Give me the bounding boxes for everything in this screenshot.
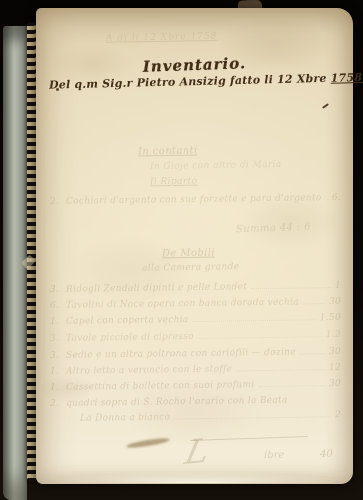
item-text: Altro letto a veroncio con le stoffe [66, 364, 232, 376]
item-number: 3. [50, 285, 66, 295]
faded-mobili-subheading: alla Camera grande [142, 262, 240, 274]
faded-jewels-line: In Gioje con altro di Maria [150, 160, 282, 172]
item-text: Tavole picciole di cipresso [66, 332, 194, 344]
inventory-row: 2. quadri sopra di S. Rocho l'orario con… [50, 395, 341, 409]
item-number: 1. [50, 317, 66, 327]
binding-stitches [27, 22, 36, 482]
bleedthrough-header: A di li 12 Xbre 1758 [106, 30, 316, 44]
dot-leader [326, 199, 328, 200]
inventory-row: 3. Sedie e un altra poltrona con cariofi… [50, 347, 341, 361]
item-text: La Donna a bianco [80, 413, 170, 424]
dot-leader [174, 416, 331, 419]
item-text: Cochiari d'argento con sue forzette e pa… [66, 193, 322, 207]
inventory-row: 1. Cassettina di bollette con suoi profu… [50, 379, 341, 393]
faded-mobili-heading: De Mobili [162, 248, 215, 260]
faded-cash-heading: In contanti [138, 145, 198, 157]
item-value: 2 [335, 410, 341, 420]
dot-leader [303, 303, 325, 304]
subtitle-year: 1758. [331, 71, 363, 85]
item-text: Sedie e un altra poltrona con cariofili … [66, 348, 296, 361]
inventory-row: 3. Tavole picciole di cipresso 1.2 [50, 330, 341, 344]
item-text: Capel con coperta vechia [66, 315, 189, 327]
dot-leader [300, 353, 325, 354]
item-number: 6. [50, 301, 66, 311]
footer-value: 40 [320, 449, 333, 460]
faded-riparto-heading: Il Riparto [150, 177, 198, 188]
dot-leader [251, 287, 331, 289]
dot-leader [193, 319, 316, 322]
item-number: 2. [50, 197, 66, 207]
inventory-row: 1. Capel con coperta vechia 1.50 [50, 313, 341, 327]
item-number: 3. [50, 334, 66, 344]
item-value: 1.50 [320, 313, 341, 323]
inventory-row: 6. Tavolini di Noce opera con banca dora… [50, 297, 341, 311]
ink-dot [56, 88, 59, 91]
item-text: Tavolini di Noce opera con banca dorada … [66, 298, 299, 311]
item-number: 2. [50, 399, 66, 409]
footer-text: ibre [264, 450, 284, 461]
item-value: 12 [329, 363, 341, 373]
item-text: quadri sopra di S. Rocho l'orario con la… [66, 396, 288, 409]
item-value: 30 [329, 347, 341, 357]
inventory-row: La Donna a bianco 2 [80, 410, 341, 424]
dot-leader [198, 336, 322, 339]
photo-background: A di li 12 Xbre 1758 Inventario. Del q.m… [0, 0, 363, 500]
footer-flourish: L [181, 431, 213, 473]
inventory-row: 3. Ridogli Zendali dipinti e pelle Londe… [50, 281, 341, 295]
manuscript-page: A di li 12 Xbre 1758 Inventario. Del q.m… [36, 8, 353, 484]
item-value: 30 [329, 379, 341, 389]
item-text: Cassettina di bollette con suoi profumi [66, 380, 255, 393]
faded-silver-row: 2. Cochiari d'argento con sue forzette e… [50, 193, 341, 207]
item-value: 1 [335, 281, 341, 291]
item-number: 1. [50, 383, 66, 393]
item-value: 6. [332, 193, 341, 203]
inventory-row: 1. Altro letto a veroncio con le stoffe … [50, 363, 341, 377]
item-value: 30 [329, 297, 341, 307]
pen-mark [322, 103, 329, 109]
item-number: 1. [50, 367, 66, 377]
dot-leader [259, 385, 325, 387]
ink-smudge [126, 437, 170, 450]
item-text: Ridogli Zendali dipinti e pelle Londet [66, 282, 247, 295]
item-value: 1.2 [326, 330, 341, 340]
faded-summa-line: Summa 44 : 6 [236, 222, 311, 236]
dot-leader [236, 369, 325, 371]
item-number: 3. [50, 351, 66, 361]
